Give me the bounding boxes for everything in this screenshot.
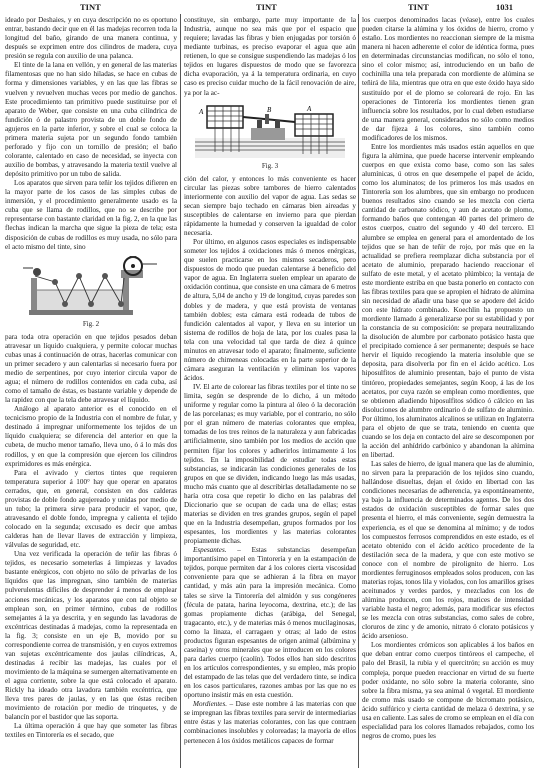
- column-2: constituye, sin embargo, parte muy impor…: [184, 16, 356, 746]
- figure-3-caption: Fig. 3: [184, 162, 356, 171]
- paragraph: Entre los mordientes más usados están aq…: [362, 143, 534, 460]
- paragraph: Una vez verificada la operación de teñir…: [5, 550, 177, 722]
- figure-label-a: A: [198, 108, 204, 116]
- header-center: TINT: [256, 2, 277, 12]
- paragraph: los cuerpos denominados lacas (véase), e…: [362, 16, 534, 143]
- paragraph: El tinte de la lana en vellón, y en gene…: [5, 61, 177, 179]
- header-left: TINT: [80, 2, 101, 12]
- paragraph: Por último, en algunos casos especiales …: [184, 238, 356, 383]
- paragraph-espesantes: Espesantes. – Estas substancias desempeñ…: [184, 546, 356, 700]
- figure-label-b: B: [267, 106, 272, 114]
- paragraph: Análogo al aparato anterior es el conoci…: [5, 405, 177, 468]
- column-3: los cuerpos denominados lacas (véase), e…: [362, 16, 534, 741]
- paragraph: Las sales de hierro, de igual manera que…: [362, 460, 534, 641]
- running-header: TINT TINT TINT 1031: [0, 0, 537, 13]
- paragraph-mordientes: Mordientes. – Dase este nombre á las mat…: [184, 700, 356, 745]
- paragraph: Para el avivado y ciertos tintes que req…: [5, 469, 177, 551]
- column-1: ideado por Deshaies, y en cuya descripci…: [5, 16, 177, 741]
- term-mordientes: Mordientes.: [193, 700, 227, 708]
- paragraph: constituye, sin embargo, parte muy impor…: [184, 16, 356, 98]
- paragraph: Los mordientes crómicos son aplicables á…: [362, 641, 534, 741]
- figure-label-a: A: [306, 105, 312, 113]
- paragraph: para toda otra operación en que tejidos …: [5, 333, 177, 406]
- paragraph: La última operación á que hay que somete…: [5, 722, 177, 740]
- column-rule: [358, 14, 359, 768]
- term-espesantes: Espesantes.: [193, 546, 227, 554]
- column-rule: [180, 14, 181, 768]
- paragraph: ideado por Deshaies, y en cuya descripci…: [5, 16, 177, 61]
- section-iv-paragraph: IV. El arte de colorear las fibras texti…: [184, 383, 356, 546]
- figure-3-eccentric-washer-illustration: A B A: [195, 102, 345, 160]
- paragraph: ción del calor, y entonces lo más conven…: [184, 175, 356, 238]
- figure-2-roller-vat-illustration: [21, 256, 161, 318]
- header-right: TINT: [408, 2, 429, 12]
- page-number: 1031: [496, 2, 513, 12]
- figure-2-caption: Fig. 2: [5, 320, 177, 329]
- paragraph: Los aparatos que sirven para teñir los t…: [5, 179, 177, 252]
